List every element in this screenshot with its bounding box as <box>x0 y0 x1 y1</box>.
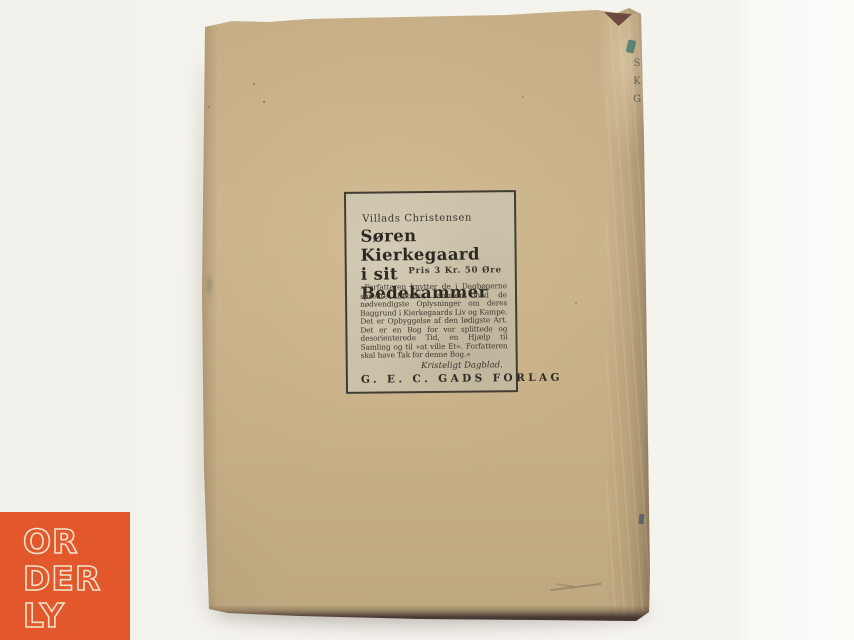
paper-speck <box>263 101 265 103</box>
product-photo: S K G Villads Christensen Søren Kierkega… <box>0 0 854 640</box>
paper-speck <box>575 302 577 304</box>
review-source: Kristeligt Dagblad. <box>421 360 503 371</box>
review-quote: »Forfatteren knytter de i Dagbøgerne spr… <box>360 282 508 360</box>
edge-smudge <box>205 272 214 298</box>
spine-letter: G <box>630 91 644 109</box>
pencil-scribble <box>550 583 602 591</box>
spine-blue-mark <box>638 514 644 524</box>
logo-text-line: LY <box>23 597 130 634</box>
paper-speck <box>208 106 210 108</box>
spine-letter: S <box>630 55 644 73</box>
price-text: Pris 3 Kr. 50 Øre <box>408 265 502 276</box>
logo-text-line: DER <box>23 560 130 597</box>
logo-text-line: OR <box>23 523 130 560</box>
publisher-name: G. E. C. GADS FORLAG <box>361 372 563 386</box>
spine-letter: K <box>630 73 644 91</box>
book-top-edge <box>200 0 648 22</box>
publisher-review-label: Villads Christensen Søren Kierkegaard i … <box>344 190 518 394</box>
paper-speck <box>253 83 255 85</box>
spine-lettering: S K G <box>630 55 644 109</box>
orderly-watermark-logo: OR DER LY <box>0 512 130 640</box>
paper-speck <box>522 96 524 98</box>
author-name: Villads Christensen <box>362 213 472 225</box>
book-title-line1: Søren Kierkegaard <box>360 225 514 265</box>
